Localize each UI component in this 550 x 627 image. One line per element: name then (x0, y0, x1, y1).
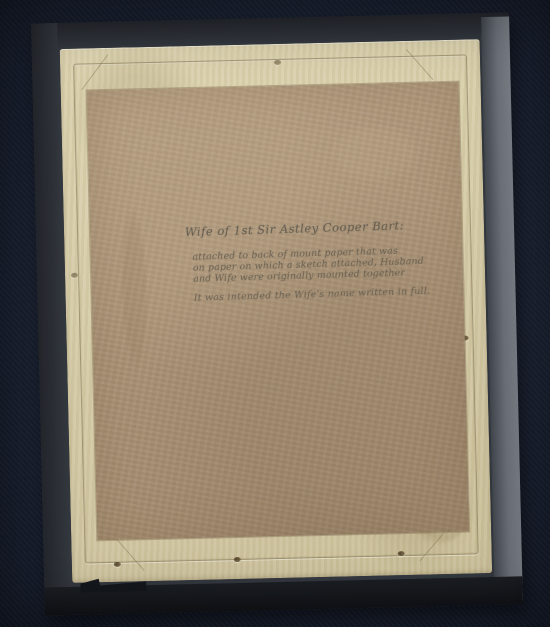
picture-frame-back: Wife of 1st Sir Astley Cooper Bart: atta… (31, 12, 523, 615)
tack-mark (114, 562, 121, 567)
photo-of-frame-back: Wife of 1st Sir Astley Cooper Bart: atta… (0, 0, 550, 627)
tack-mark (234, 557, 241, 562)
inscription-footnote: It was intended the Wife's name written … (194, 285, 437, 303)
hardboard-panel: Wife of 1st Sir Astley Cooper Bart: atta… (87, 82, 469, 541)
inscription-title: Wife of 1st Sir Astley Cooper Bart: (185, 217, 435, 239)
backing-tape: Wife of 1st Sir Astley Cooper Bart: atta… (60, 39, 492, 583)
frame-assembly: Wife of 1st Sir Astley Cooper Bart: atta… (31, 12, 523, 615)
board-stain (330, 123, 421, 185)
frame-edge-bottom (44, 576, 523, 615)
tack-mark (71, 273, 78, 278)
handwritten-inscription: Wife of 1st Sir Astley Cooper Bart: atta… (185, 217, 437, 303)
board-stain (119, 209, 149, 370)
